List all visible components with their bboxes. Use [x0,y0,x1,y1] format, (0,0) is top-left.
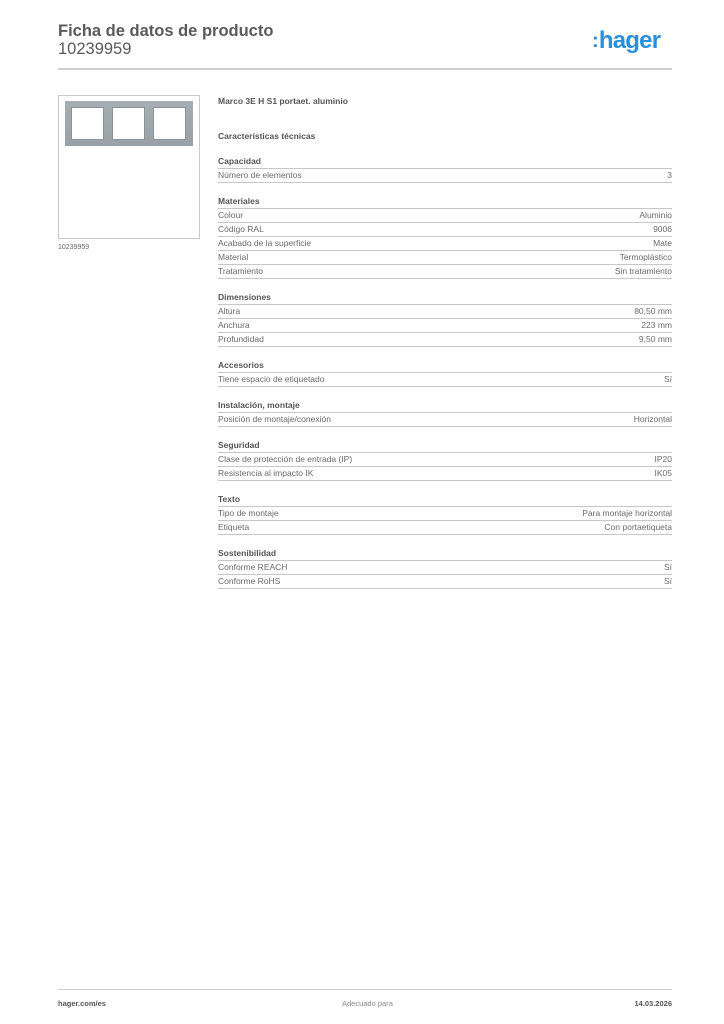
spec-group: TextoTipo de montajePara montaje horizon… [218,493,672,535]
spec-group: Instalación, montajePosición de montaje/… [218,399,672,427]
hager-logo: :hager [592,28,660,54]
spec-value: 9,50 mm [639,333,672,346]
spec-value: 223 mm [641,319,672,332]
product-image [58,95,200,239]
spec-value: Horizontal [634,413,672,426]
logo-text: hager [599,27,660,54]
spec-row: Acabado de la superficieMate [218,237,672,251]
spec-group: SostenibilidadConforme REACHSíConforme R… [218,547,672,589]
spec-label: Clase de protección de entrada (IP) [218,453,352,466]
spec-group-title: Accesorios [218,359,672,373]
spec-value: 80,50 mm [634,305,672,318]
spec-label: Número de elementos [218,169,302,182]
footer-website[interactable]: hager.com/es [58,999,106,1008]
spec-label: Profundidad [218,333,264,346]
footer-date: 14.03.2026 [634,999,672,1008]
spec-label: Anchura [218,319,250,332]
spec-label: Altura [218,305,240,318]
spec-value: Con portaetiqueta [604,521,672,534]
spec-value: 9006 [653,223,672,236]
spec-label: Acabado de la superficie [218,237,311,250]
spec-group-title: Capacidad [218,155,672,169]
image-caption: 10239959 [58,244,89,251]
spec-group: SeguridadClase de protección de entrada … [218,439,672,481]
spec-row: Tipo de montajePara montaje horizontal [218,507,672,521]
spec-row: EtiquetaCon portaetiqueta [218,521,672,535]
spec-group: DimensionesAltura80,50 mmAnchura223 mmPr… [218,291,672,347]
spec-row: Posición de montaje/conexiónHorizontal [218,413,672,427]
spec-value: 3 [667,169,672,182]
spec-row: TratamientoSin tratamiento [218,265,672,279]
spec-row: ColourAluminio [218,209,672,223]
spec-group: MaterialesColourAluminioCódigo RAL9006Ac… [218,195,672,279]
spec-group: CapacidadNúmero de elementos3 [218,155,672,183]
spec-label: Tratamiento [218,265,263,278]
spec-label: Código RAL [218,223,264,236]
spec-value: Sí [664,561,672,574]
spec-value: Sin tratamiento [615,265,672,278]
spec-label: Colour [218,209,243,222]
spec-row: Conforme RoHSSí [218,575,672,589]
spec-group-title: Instalación, montaje [218,399,672,413]
spec-group-title: Texto [218,493,672,507]
spec-row: Profundidad9,50 mm [218,333,672,347]
spec-section-title: Características técnicas [218,129,672,143]
frame-opening-icon [153,107,186,140]
spec-value: Termoplástico [620,251,672,264]
frame-opening-icon [71,107,104,140]
header-divider [58,68,672,70]
spec-value: IK05 [655,467,673,480]
spec-row: Altura80,50 mm [218,305,672,319]
spec-row: MaterialTermoplástico [218,251,672,265]
spec-label: Tiene espacio de etiquetado [218,373,325,386]
spec-row: Resistencia al impacto IKIK05 [218,467,672,481]
spec-label: Posición de montaje/conexión [218,413,331,426]
footer-center-text: Adecuado para [342,999,393,1008]
spec-group: AccesoriosTiene espacio de etiquetadoSí [218,359,672,387]
spec-label: Etiqueta [218,521,249,534]
spec-label: Conforme RoHS [218,575,280,588]
product-name: Marco 3E H S1 portaet. aluminio [218,94,672,108]
spec-label: Conforme REACH [218,561,287,574]
spec-value: Para montaje horizontal [582,507,672,520]
footer-divider [58,989,672,990]
spec-value: Aluminio [639,209,672,222]
spec-row: Número de elementos3 [218,169,672,183]
spec-row: Conforme REACHSí [218,561,672,575]
spec-row: Clase de protección de entrada (IP)IP20 [218,453,672,467]
document-title: Ficha de datos de producto [58,22,273,40]
spec-value: Sí [664,373,672,386]
frame-3-gang-icon [65,101,193,146]
spec-label: Resistencia al impacto IK [218,467,313,480]
logo-dots-icon: : [592,30,598,52]
spec-group-title: Materiales [218,195,672,209]
spec-groups: CapacidadNúmero de elementos3MaterialesC… [218,155,672,589]
frame-opening-icon [112,107,145,140]
spec-value: Mate [653,237,672,250]
spec-group-title: Seguridad [218,439,672,453]
product-id: 10239959 [58,40,131,58]
spec-value: IP20 [655,453,673,466]
spec-row: Tiene espacio de etiquetadoSí [218,373,672,387]
spec-label: Tipo de montaje [218,507,279,520]
spec-value: Sí [664,575,672,588]
spec-label: Material [218,251,248,264]
spec-content: Marco 3E H S1 portaet. aluminio Caracter… [218,94,672,589]
spec-row: Código RAL9006 [218,223,672,237]
spec-group-title: Sostenibilidad [218,547,672,561]
spec-group-title: Dimensiones [218,291,672,305]
spec-row: Anchura223 mm [218,319,672,333]
